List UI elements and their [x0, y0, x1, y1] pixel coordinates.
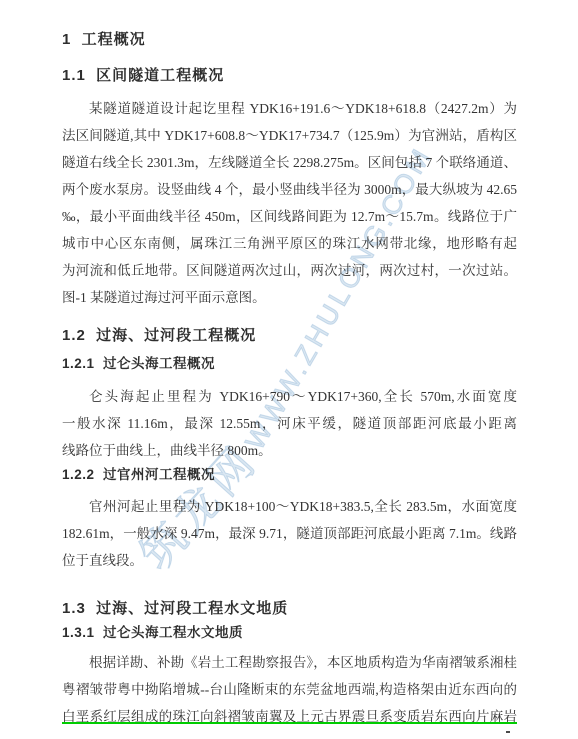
- paragraph-line: 白垩系红层组成的珠江向斜褶皱南翼及上元古界震旦系变质岩东西向片麻岩: [62, 703, 517, 730]
- paragraph-line: 182.61m，一般水深 9.47m，最深 9.71，隧道顶部距河底最小距离 7…: [62, 520, 517, 547]
- paragraph-cangtouhai: 仑头海起止里程为 YDK16+790～YDK17+360,全长 570m,水面宽…: [62, 383, 517, 464]
- paragraph-line: 一般水深 11.16m，最深 12.55m，河床平缓，隧道顶部距河底最小距离 1…: [62, 410, 517, 437]
- paragraph-line: 官州河起止里程为 YDK18+100～YDK18+383.5,全长 283.5m…: [62, 493, 517, 520]
- paragraph-line: 为河流和低丘地带。区间隧道两次过山，两次过河，两次过村，一次过站。见: [62, 257, 517, 284]
- heading-section-1-3: 1.3 过海、过河段工程水文地质: [62, 599, 517, 619]
- heading-section-1-2: 1.2 过海、过河段工程概况: [62, 326, 517, 346]
- heading-section-1-3-1: 1.3.1 过仑头海工程水文地质: [62, 625, 517, 641]
- heading-section-1-1: 1.1 区间隧道工程概况: [62, 66, 517, 86]
- heading-chapter-1: 1 工程概况: [62, 30, 517, 50]
- paragraph-geology: 根据详勘、补勘《岩土工程勘察报告》，本区地质构造为华南褶皱系湘桂 粤褶皱带粤中拗…: [62, 649, 517, 730]
- paragraph-line: 两个废水泵房。设竖曲线 4 个，最小竖曲线半径为 3000m，最大纵坡为 42.…: [62, 176, 517, 203]
- document-page: WWW.ZHULONG.COM 筑龙网 1 工程概况 1.1 区间隧道工程概况 …: [0, 0, 578, 739]
- heading-section-1-2-1: 1.2.1 过仑头海工程概况: [62, 356, 517, 372]
- paragraph-line: 城市中心区东南侧，属珠江三角洲平原区的珠江水网带北缘，地形略有起伏，: [62, 230, 517, 257]
- heading-section-1-2-2: 1.2.2 过官州河工程概况: [62, 467, 517, 483]
- paragraph-tunnel-overview: 某隧道隧道设计起讫里程 YDK16+191.6～YDK18+618.8（2427…: [62, 95, 517, 311]
- page-footer-divider-line: [62, 722, 517, 724]
- paragraph-line: 隧道右线全长 2301.3m，左线隧道全长 2298.275m。区间包括 7 个…: [62, 149, 517, 176]
- paragraph-guanzhouhe: 官州河起止里程为 YDK18+100～YDK18+383.5,全长 283.5m…: [62, 493, 517, 574]
- paragraph-line: 根据详勘、补勘《岩土工程勘察报告》，本区地质构造为华南褶皱系湘桂: [62, 649, 517, 676]
- paragraph-line: 粤褶皱带粤中拗陷增城--台山隆断束的东莞盆地西端,构造格架由近东西向的: [62, 676, 517, 703]
- stray-scan-mark: [506, 731, 510, 733]
- paragraph-line: 某隧道隧道设计起讫里程 YDK16+191.6～YDK18+618.8（2427…: [62, 95, 517, 122]
- paragraph-line: 位于直线段。: [62, 547, 517, 574]
- paragraph-line: 仑头海起止里程为 YDK16+790～YDK17+360,全长 570m,水面宽…: [62, 383, 517, 410]
- paragraph-line: 图-1 某隧道过海过河平面示意图。: [62, 284, 517, 311]
- paragraph-line: 法区间隧道,其中 YDK17+608.8～YDK17+734.7（125.9m）…: [62, 122, 517, 149]
- paragraph-line: 线路位于曲线上，曲线半径 800m。: [62, 437, 517, 464]
- document-content: 1 工程概况 1.1 区间隧道工程概况 某隧道隧道设计起讫里程 YDK16+19…: [62, 0, 517, 730]
- paragraph-line: ‰，最小平面曲线半径 450m，区间线路间距为 12.7m～15.7m。线路位于…: [62, 203, 517, 230]
